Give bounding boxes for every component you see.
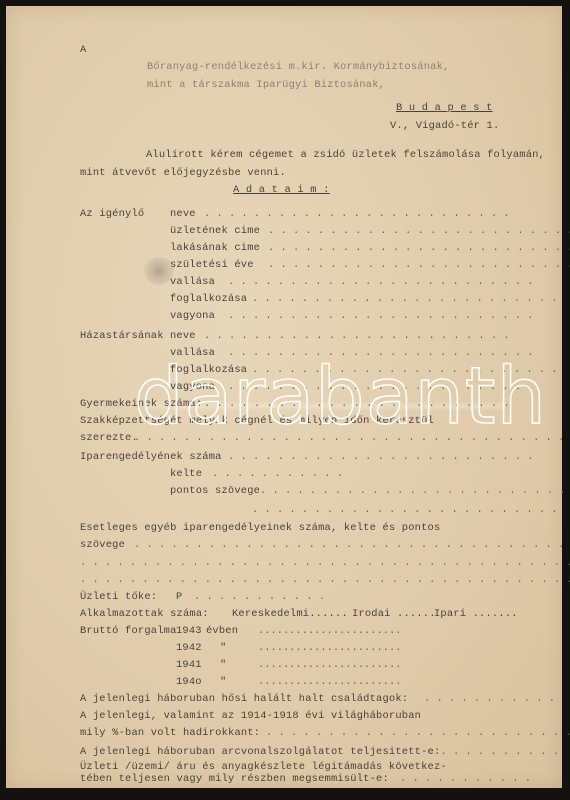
turnover-suffix-1940: ": [220, 676, 226, 688]
applicant-name-field: neve: [170, 208, 196, 220]
address: V., Vigadó-tér 1.: [390, 120, 499, 132]
other-licenses-blank-2[interactable]: . . . . . . . . . . . . . . . . . . . . …: [80, 557, 570, 569]
airraid-blank[interactable]: . . . . . . . . . . .: [400, 773, 531, 785]
applicant-label: Az igénylő: [80, 208, 144, 220]
city: B u d a p e s t: [396, 102, 493, 114]
license-text-blank[interactable]: . . . . . . . . . . . . . . . . . . . . …: [260, 485, 566, 497]
qualification-line-2: szerezte.: [80, 432, 138, 444]
disabled-question-line-2: mily %-ban volt hadirokkant:: [80, 727, 260, 739]
license-text-blank-2[interactable]: . . . . . . . . . . . . . . . . . . . . …: [252, 504, 558, 516]
capital-blank[interactable]: . . . . . . . . . . .: [194, 591, 325, 603]
applicant-shop-address-field: üzletének cime: [170, 225, 260, 237]
turnover-suffix-1942: ": [220, 642, 226, 654]
employees-label: Alkalmazottak száma:: [80, 608, 209, 620]
spouse-name-blank[interactable]: . . . . . . . . . . . . . . . . . . . . …: [204, 330, 510, 342]
other-licenses-blank-3[interactable]: . . . . . . . . . . . . . . . . . . . . …: [80, 574, 570, 586]
other-licenses-line-2: szövege: [80, 539, 125, 551]
applicant-occupation-blank[interactable]: . . . . . . . . . . . . . . . . . . . . …: [252, 293, 558, 305]
capital-label: Üzleti tőke:: [80, 591, 157, 603]
applicant-shop-address-blank[interactable]: . . . . . . . . . . . . . . . . . . . . …: [268, 225, 570, 237]
capital-currency: P: [176, 591, 182, 603]
applicant-assets-field: vagyona: [170, 310, 215, 322]
turnover-suffix-1943: évben: [206, 625, 238, 637]
airraid-question-line-1: Üzleti /üzemi/ áru és anyagkészlete légi…: [80, 761, 447, 773]
airraid-question-line-2: tében teljesen vagy mily részben megsemm…: [80, 773, 389, 785]
turnover-suffix-1941: ": [220, 659, 226, 671]
heroes-question: A jelenlegi háboruban hősi halált halt c…: [80, 693, 408, 705]
turnover-year-1942: 1942: [176, 642, 202, 654]
applicant-birth-year-blank[interactable]: . . . . . . . . . . . . . . . . . . . . …: [268, 259, 570, 271]
heroes-blank[interactable]: . . . . . . . . . . .: [424, 693, 555, 705]
applicant-religion-field: vallása: [170, 276, 215, 288]
employees-office[interactable]: Irodai ......: [352, 608, 436, 620]
applicant-home-address-field: lakásának cime: [170, 242, 260, 254]
employees-industrial[interactable]: Ipari .......: [434, 608, 518, 620]
applicant-birth-year-field: születési éve: [170, 259, 254, 271]
disabled-blank[interactable]: . . . . . . . . . . . . . . . . . . . . …: [266, 727, 570, 739]
applicant-religion-blank[interactable]: . . . . . . . . . . . . . . . . . . . . …: [228, 276, 534, 288]
intro-line-2: mint átvevőt előjegyzésbe venni.: [80, 167, 286, 179]
applicant-occupation-field: foglalkozása: [170, 293, 247, 305]
turnover-blank-1942[interactable]: .......................: [258, 642, 401, 654]
other-licenses-blank[interactable]: . . . . . . . . . . . . . . . . . . . . …: [134, 539, 564, 551]
license-number-label: Iparengedélyének száma: [80, 451, 222, 463]
frontline-blank[interactable]: . . . . . . . . . . .: [428, 746, 559, 758]
license-date-blank[interactable]: . . . . . . . . . . .: [212, 468, 343, 480]
intro-line-1: Alulírott kérem cégemet a zsidó üzletek …: [146, 149, 545, 161]
disabled-question-line-1: A jelenlegi, valamint az 1914-1918 évi v…: [80, 710, 421, 722]
addressee-line-2: mint a társzakma Iparügyi Biztosának,: [147, 79, 385, 91]
other-licenses-line-1: Esetleges egyéb iparengedélyeinek száma,…: [80, 522, 440, 534]
spouse-label: Házastársának: [80, 330, 164, 342]
turnover-year-1943: 1943: [176, 625, 202, 637]
turnover-blank-1941[interactable]: .......................: [258, 659, 401, 671]
employees-commercial[interactable]: Kereskedelmi......: [232, 608, 348, 620]
applicant-name-blank[interactable]: . . . . . . . . . . . . . . . . . . . . …: [204, 208, 510, 220]
license-number-blank[interactable]: . . . . . . . . . . . . . . . . . . . . …: [228, 451, 534, 463]
watermark: darabanth: [134, 358, 547, 436]
salutation: A: [80, 44, 86, 56]
addressee-line-1: Bőranyag-rendélkezési m.kir. Kormánybizt…: [147, 61, 449, 73]
frontline-question: A jelenlegi háboruban arcvonalszolgálato…: [80, 746, 440, 758]
turnover-blank-1940[interactable]: .......................: [258, 676, 401, 688]
document-page: A Bőranyag-rendélkezési m.kir. Kormánybi…: [6, 6, 562, 788]
turnover-year-1940: 194o: [176, 676, 202, 688]
turnover-blank-1943[interactable]: .......................: [258, 625, 401, 637]
applicant-assets-blank[interactable]: . . . . . . . . . . . . . . . . . . . . …: [228, 310, 534, 322]
spouse-name-field: neve: [170, 330, 196, 342]
applicant-home-address-blank[interactable]: . . . . . . . . . . . . . . . . . . . . …: [268, 242, 570, 254]
license-text-field: pontos szövege: [170, 485, 260, 497]
license-date-field: kelte: [170, 468, 202, 480]
turnover-year-1941: 1941: [176, 659, 202, 671]
section-title: A d a t a i m :: [233, 184, 330, 196]
turnover-label: Bruttó forgalma: [80, 625, 177, 637]
